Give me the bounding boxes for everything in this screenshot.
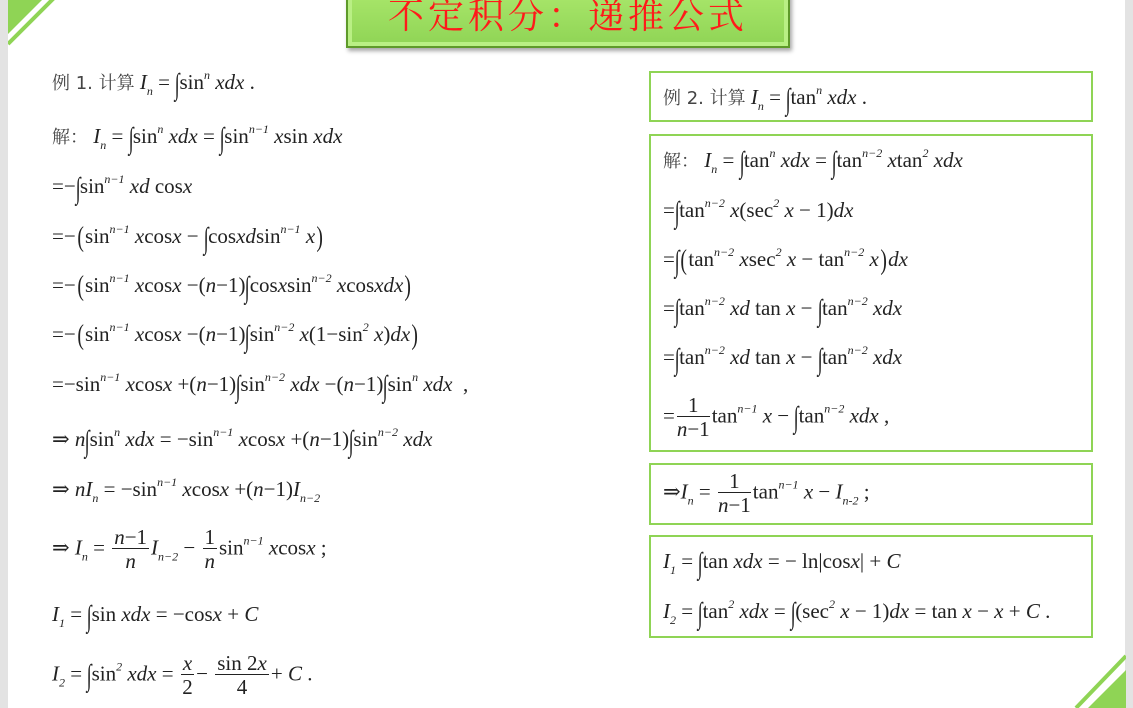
example-1-base-case-2: I2 = ∫sin2 xdx = x2− sin 2x4+ C . xyxy=(52,652,312,699)
example-1-step-4: =−(sinn−1 xcosx −(n−1)∫cosxsinn−2 xcosxd… xyxy=(52,271,413,305)
example-1-statement: 例 1. 计算 In = ∫sinn xdx . xyxy=(52,68,255,102)
example-1-step-5: =−(sinn−1 xcosx −(n−1)∫sinn−2 x(1−sin2 x… xyxy=(52,320,419,354)
example-2-solution-box: 解： In = ∫tann xdx = ∫tann−2 xtan2 xdx =∫… xyxy=(649,134,1093,452)
example-2-step-4: =∫tann−2 xd tan x − ∫tann−2 xdx xyxy=(663,294,902,328)
example-1-step-8: ⇒ nIn = −sinn−1 xcosx +(n−1)In−2 xyxy=(52,477,320,502)
example-1-step-3: =−(sinn−1 xcosx − ∫cosxdsinn−1 x) xyxy=(52,222,324,256)
example-2-recurrence: ⇒In = 1n−1tann−1 x − In-2 ; xyxy=(663,470,870,517)
example-2-statement: 例 2. 计算 In = ∫tann xdx . xyxy=(663,83,867,117)
left-edge-bar xyxy=(0,0,8,708)
example-1-step-6: =−sinn−1 xcosx +(n−1)∫sinn−2 xdx −(n−1)∫… xyxy=(52,370,468,404)
corner-decoration-bottom-right xyxy=(1074,652,1126,708)
example-2-step-3: =∫(tann−2 xsec2 x − tann−2 x)dx xyxy=(663,245,908,279)
example-2-step-6: =1n−1tann−1 x − ∫tann−2 xdx , xyxy=(663,394,889,441)
example-1-recurrence: ⇒ In = n−1nIn−2 − 1nsinn−1 xcosx ; xyxy=(52,526,327,573)
corner-decoration-top-left xyxy=(8,0,58,46)
example-2-step-5: =∫tann−2 xd tan x − ∫tann−2 xdx xyxy=(663,343,902,377)
example-1-step-1: 解： In = ∫sinn xdx = ∫sinn−1 xsin xdx xyxy=(52,122,342,156)
example-2-step-2: =∫tann−2 x(sec2 x − 1)dx xyxy=(663,196,853,230)
example-1-step-2: =−∫sinn−1 xd cosx xyxy=(52,172,192,206)
example-1-step-7: ⇒ n∫sinn xdx = −sinn−1 xcosx +(n−1)∫sinn… xyxy=(52,425,432,459)
page-title-banner: 不定积分：递推公式 xyxy=(346,0,790,48)
example-1-base-case-1: I1 = ∫sin xdx = −cosx + C xyxy=(52,600,258,634)
example-2-statement-box: 例 2. 计算 In = ∫tann xdx . xyxy=(649,71,1093,122)
right-edge-bar xyxy=(1125,0,1133,708)
example-2-base-case-2: I2 = ∫tan2 xdx = ∫(sec2 x − 1)dx = tan x… xyxy=(663,597,1050,631)
example-2-result-box: ⇒In = 1n−1tann−1 x − In-2 ; xyxy=(649,463,1093,525)
page-title: 不定积分：递推公式 xyxy=(388,0,748,37)
example-2-step-1: 解： In = ∫tann xdx = ∫tann−2 xtan2 xdx xyxy=(663,146,963,180)
example-2-base-cases-box: I1 = ∫tan xdx = − ln|cosx| + C I2 = ∫tan… xyxy=(649,535,1093,638)
example-2-base-case-1: I1 = ∫tan xdx = − ln|cosx| + C xyxy=(663,547,901,581)
